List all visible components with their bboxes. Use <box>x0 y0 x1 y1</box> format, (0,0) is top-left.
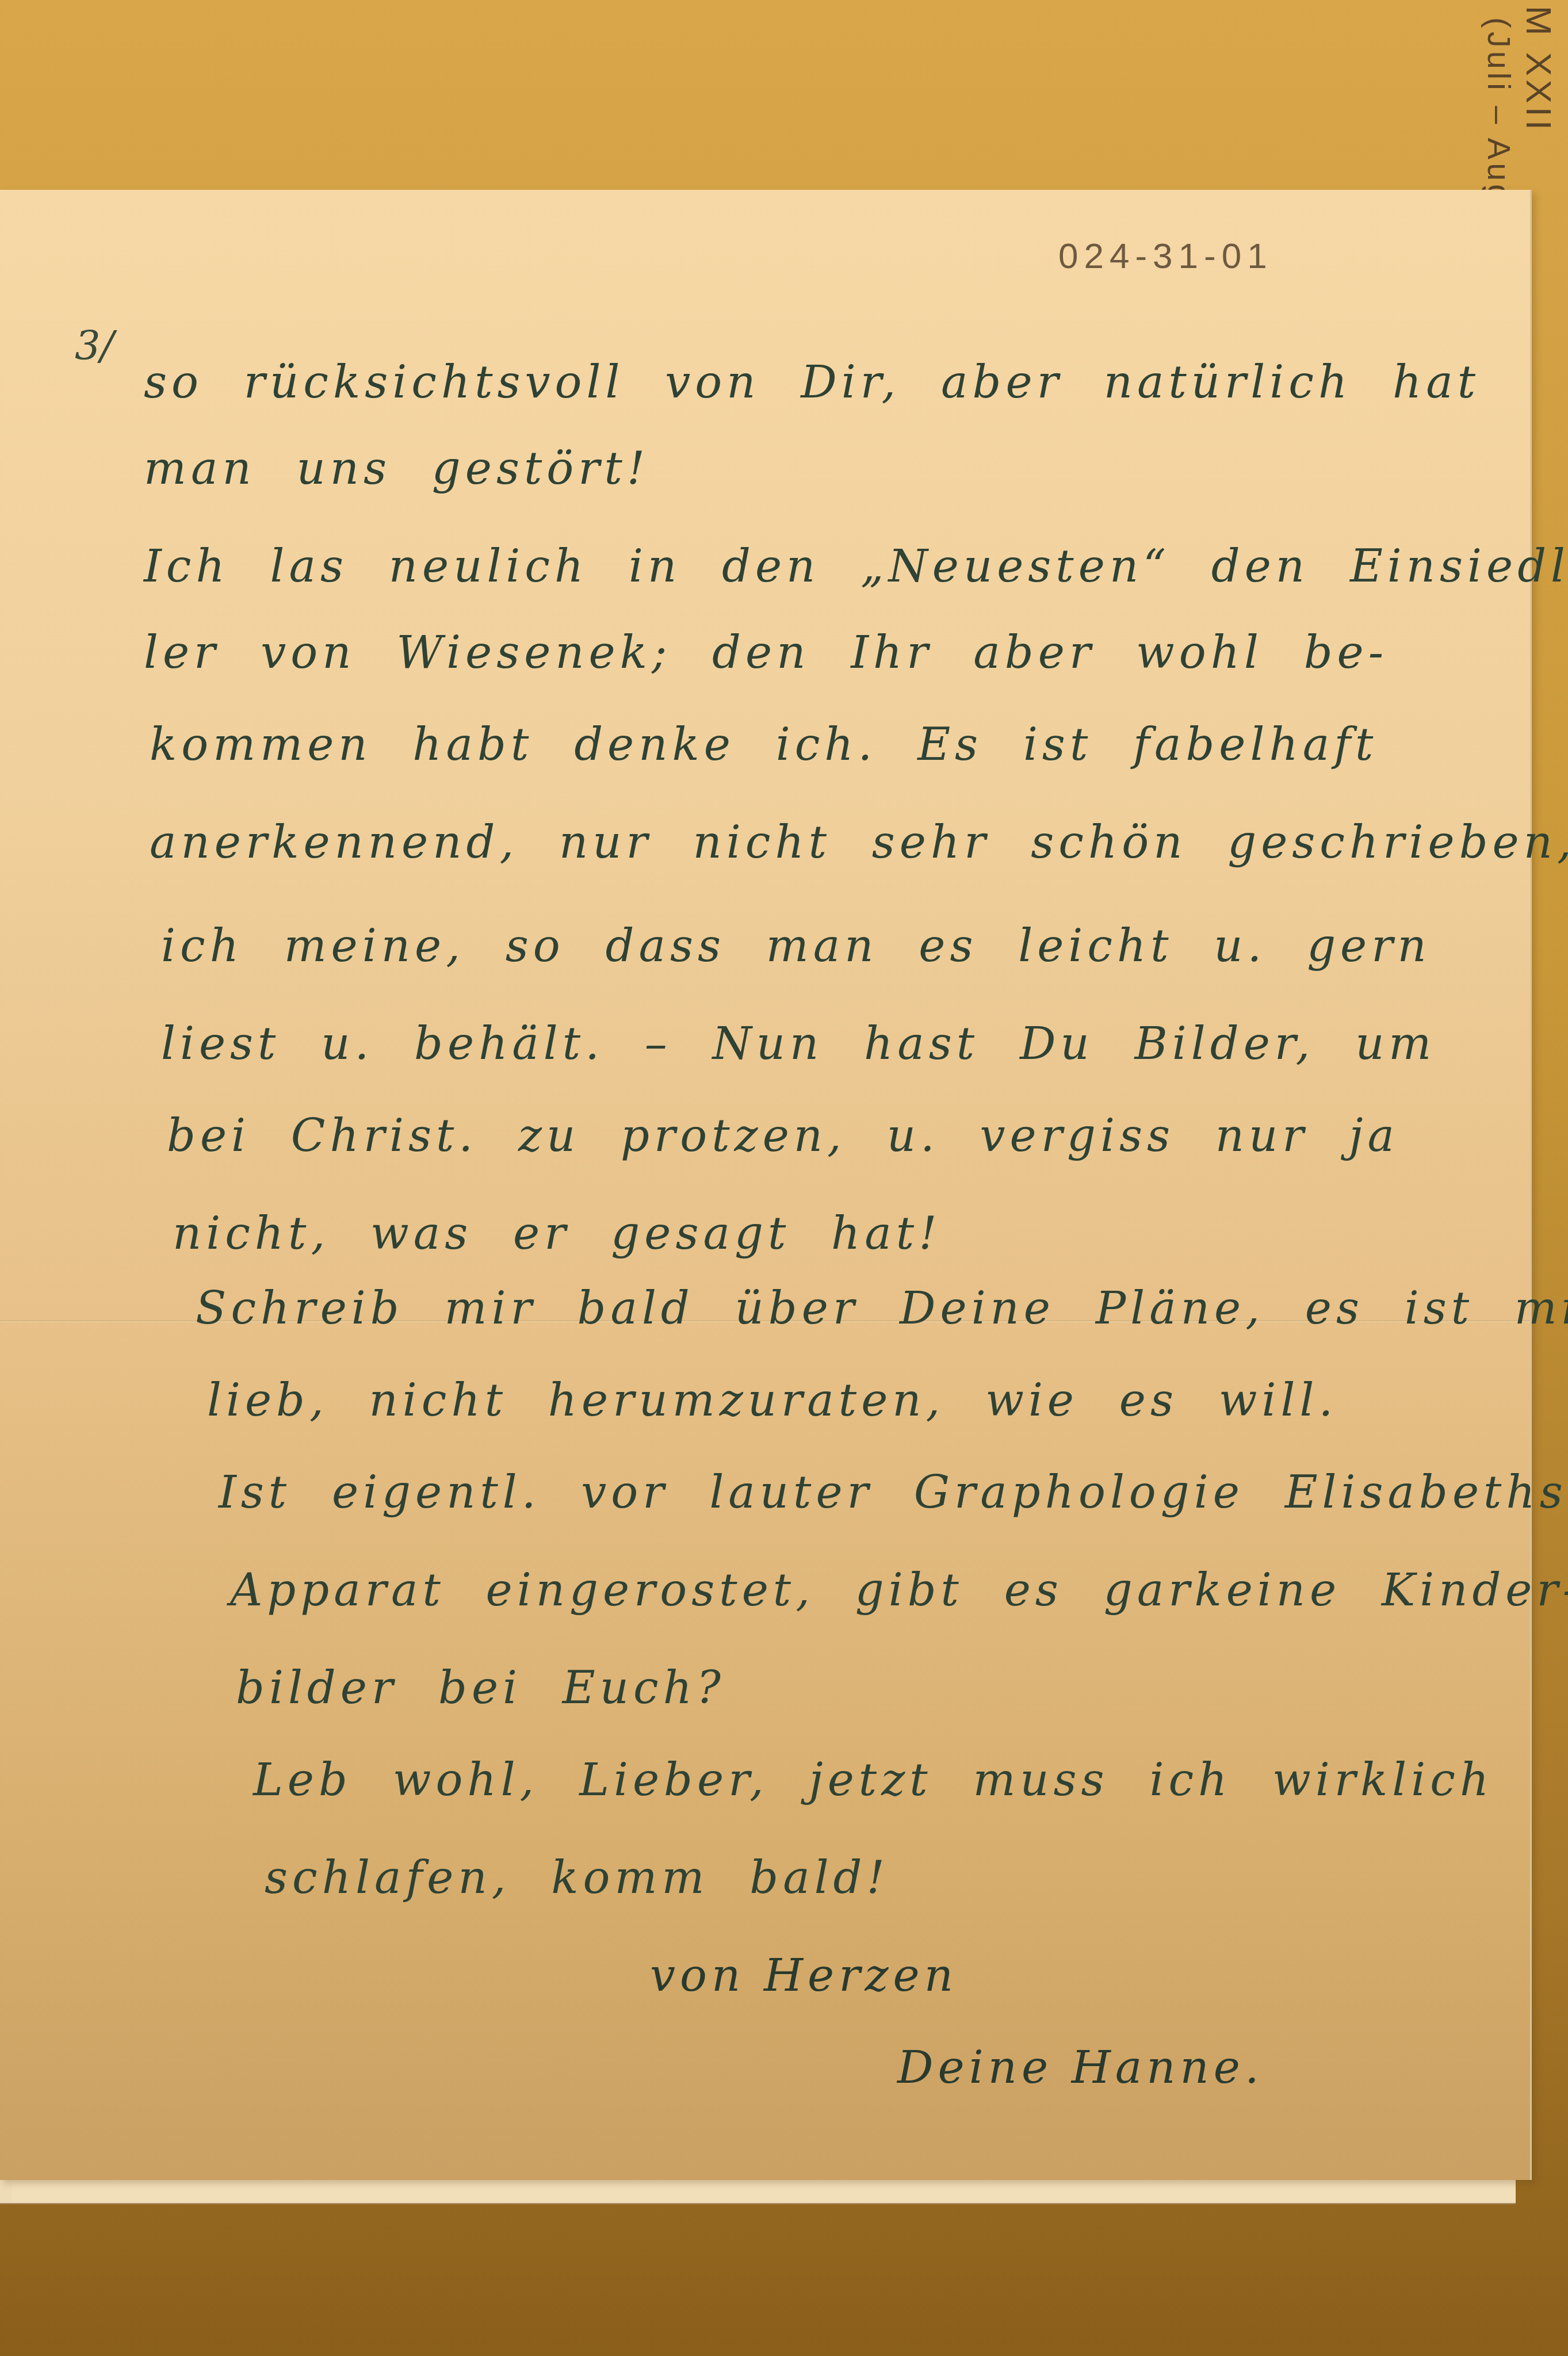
letter-line: Apparat eingerostet, gibt es garkeine Ki… <box>230 1565 1568 1616</box>
page-marker: 3/ <box>75 322 114 369</box>
letter-closing: von Herzen <box>650 1950 958 2002</box>
letter-line: ler von Wiesenek; den Ihr aber wohl be- <box>144 627 1388 679</box>
letter-line: Leb wohl, Lieber, jetzt muss ich wirklic… <box>253 1754 1493 1806</box>
letter-line: schlafen, komm bald! <box>265 1852 889 1904</box>
letter-line: Schreib mir bald über Deine Pläne, es is… <box>196 1283 1568 1334</box>
letter-line: anerkennend, nur nicht sehr schön geschr… <box>150 817 1568 869</box>
letter-line: nicht, was er gesagt hat! <box>173 1208 941 1260</box>
archive-number: 024-31-01 <box>1058 236 1273 277</box>
letter-line: liest u. behält. – Nun hast Du Bilder, u… <box>161 1018 1436 1070</box>
letter-line: Ich las neulich in den „Neuesten“ den Ei… <box>144 541 1568 592</box>
letter-line: lieb, nicht herumzuraten, wie es will. <box>207 1375 1337 1426</box>
letter-signature: Deine Hanne. <box>897 2042 1264 2094</box>
letter-line: Ist eigentl. vor lauter Graphologie Elis… <box>219 1467 1567 1519</box>
letter-line: bei Christ. zu protzen, u. vergiss nur j… <box>167 1110 1399 1162</box>
letter-line: man uns gestört! <box>144 443 649 495</box>
letter-line: so rücksichtsvoll von Dir, aber natürlic… <box>144 357 1480 408</box>
letter-line: kommen habt denke ich. Es ist fabelhaft <box>150 719 1378 771</box>
letter-line: bilder bei Euch? <box>236 1662 725 1714</box>
letter-line: ich meine, so dass man es leicht u. gern <box>161 920 1431 972</box>
letter-page: 024-31-01 3/ so rücksichtsvoll von Dir, … <box>0 190 1532 2180</box>
